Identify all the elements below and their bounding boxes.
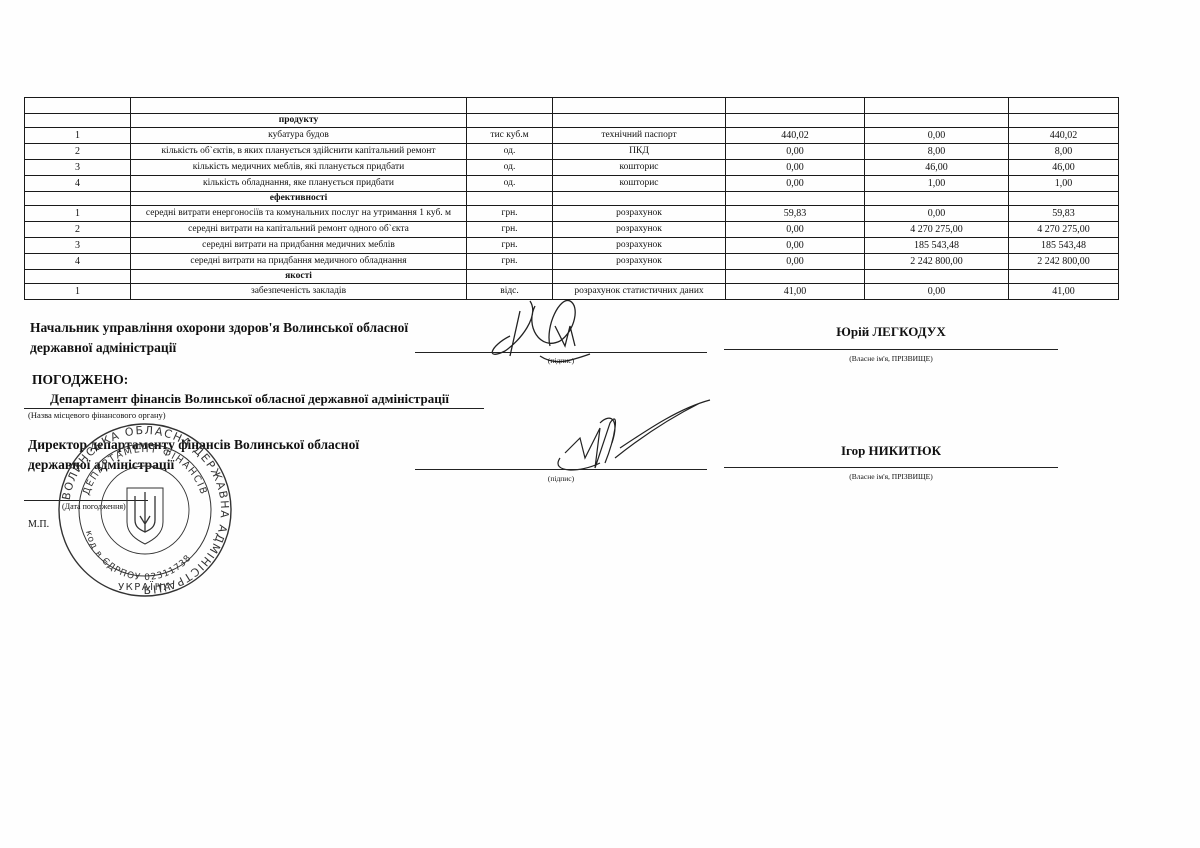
row-number: 4 (25, 176, 131, 192)
table-row: 4кількість обладнання, яке планується пр… (25, 176, 1119, 192)
section-empty-cell (865, 192, 1009, 206)
source: розрахунок (553, 238, 726, 254)
table-row: 3кількість медичних меблів, які плануєть… (25, 160, 1119, 176)
section-empty-cell (1009, 114, 1119, 128)
header-cell (25, 98, 131, 114)
section-empty-cell (726, 192, 865, 206)
header-cell (467, 98, 553, 114)
header-cell (726, 98, 865, 114)
table-row: 4середні витрати на придбання медичного … (25, 254, 1119, 270)
stamp-code-text: код в ЄДРПОУ 02311738 (83, 530, 194, 584)
section-empty-cell (1009, 270, 1119, 284)
director-signature-caption: (підпис) (415, 474, 707, 483)
row-number: 1 (25, 284, 131, 300)
indicator-name: кількість обладнання, яке планується при… (131, 176, 467, 192)
value-general-fund: 0,00 (726, 144, 865, 160)
header-cell (1009, 98, 1119, 114)
section-empty-cell (467, 270, 553, 284)
value-total: 4 270 275,00 (1009, 222, 1119, 238)
indicator-name: середні витрати на придбання медичних ме… (131, 238, 467, 254)
value-general-fund: 59,83 (726, 206, 865, 222)
finance-department-caption: (Назва місцевого фінансового органу) (28, 410, 166, 420)
section-empty-cell (726, 114, 865, 128)
section-empty-cell (467, 114, 553, 128)
value-total: 2 242 800,00 (1009, 254, 1119, 270)
finance-department-line (24, 408, 484, 409)
indicator-name: середні витрати енергоносіїв та комуналь… (131, 206, 467, 222)
section-empty-cell (467, 192, 553, 206)
director-name: Ігор НИКИТЮК (724, 443, 1058, 459)
value-general-fund: 0,00 (726, 176, 865, 192)
director-name-caption: (Власне ім'я, ПРІЗВИЩЕ) (724, 472, 1058, 481)
section-empty-cell (865, 114, 1009, 128)
row-number: 3 (25, 160, 131, 176)
director-name-line (724, 467, 1058, 468)
value-special-fund: 0,00 (865, 206, 1009, 222)
value-total: 59,83 (1009, 206, 1119, 222)
value-total: 41,00 (1009, 284, 1119, 300)
source: ПКД (553, 144, 726, 160)
source: розрахунок (553, 222, 726, 238)
value-general-fund: 0,00 (726, 254, 865, 270)
row-number: 2 (25, 144, 131, 160)
table-row: 1середні витрати енергоносіїв та комунал… (25, 206, 1119, 222)
section-empty-cell (1009, 192, 1119, 206)
section-title: якості (131, 270, 467, 284)
row-number: 1 (25, 128, 131, 144)
section-row: якості (25, 270, 1119, 284)
director-signature-icon (540, 398, 720, 478)
value-general-fund: 0,00 (726, 160, 865, 176)
section-empty-cell (25, 114, 131, 128)
finance-department: Департамент фінансів Волинської обласної… (50, 389, 449, 409)
unit: од. (467, 160, 553, 176)
value-total: 46,00 (1009, 160, 1119, 176)
value-total: 8,00 (1009, 144, 1119, 160)
seal-label: М.П. (28, 519, 49, 530)
head-position-line1: Начальник управління охорони здоров'я Во… (30, 318, 408, 338)
value-total: 1,00 (1009, 176, 1119, 192)
head-name-line (724, 349, 1058, 350)
section-empty-cell (865, 270, 1009, 284)
section-empty-cell (553, 192, 726, 206)
table-row: 2середні витрати на капітальний ремонт о… (25, 222, 1119, 238)
row-number: 1 (25, 206, 131, 222)
svg-text:код в ЄДРПОУ 02311738: код в ЄДРПОУ 02311738 (83, 530, 194, 584)
section-empty-cell (25, 192, 131, 206)
indicator-name: середні витрати на придбання медичного о… (131, 254, 467, 270)
section-title: продукту (131, 114, 467, 128)
indicator-name: забезпеченість закладів (131, 284, 467, 300)
value-total: 185 543,48 (1009, 238, 1119, 254)
section-empty-cell (726, 270, 865, 284)
section-title: ефективності (131, 192, 467, 206)
section-empty-cell (553, 114, 726, 128)
value-special-fund: 1,00 (865, 176, 1009, 192)
value-special-fund: 185 543,48 (865, 238, 1009, 254)
head-position-line2: державної адміністрації (30, 338, 408, 358)
table-row: 1кубатура будовтис куб.мтехнічний паспор… (25, 128, 1119, 144)
unit: грн. (467, 254, 553, 270)
unit: од. (467, 176, 553, 192)
section-empty-cell (25, 270, 131, 284)
head-name: Юрій ЛЕГКОДУХ (724, 324, 1058, 340)
indicators-table: продукту1кубатура будовтис куб.мтехнічни… (24, 97, 1119, 300)
section-row: ефективності (25, 192, 1119, 206)
table-row: 2кількість об`єктів, в яких планується з… (25, 144, 1119, 160)
value-special-fund: 8,00 (865, 144, 1009, 160)
approved-label: ПОГОДЖЕНО: (32, 370, 128, 390)
value-general-fund: 41,00 (726, 284, 865, 300)
value-special-fund: 4 270 275,00 (865, 222, 1009, 238)
source: розрахунок (553, 206, 726, 222)
head-signature-caption: (підпис) (415, 356, 707, 365)
header-cell (131, 98, 467, 114)
section-row: продукту (25, 114, 1119, 128)
source: розрахунок (553, 254, 726, 270)
head-position: Начальник управління охорони здоров'я Во… (30, 318, 408, 358)
value-special-fund: 46,00 (865, 160, 1009, 176)
value-general-fund: 0,00 (726, 238, 865, 254)
stamp-country: УКРАЇНА (118, 580, 172, 593)
indicator-name: середні витрати на капітальний ремонт од… (131, 222, 467, 238)
value-general-fund: 0,00 (726, 222, 865, 238)
value-special-fund: 2 242 800,00 (865, 254, 1009, 270)
indicator-name: кількість об`єктів, в яких планується зд… (131, 144, 467, 160)
table-row: 3середні витрати на придбання медичних м… (25, 238, 1119, 254)
unit: грн. (467, 222, 553, 238)
row-number: 3 (25, 238, 131, 254)
section-empty-cell (553, 270, 726, 284)
value-total: 440,02 (1009, 128, 1119, 144)
table-header-row (25, 98, 1119, 114)
source: технічний паспорт (553, 128, 726, 144)
source: кошторис (553, 176, 726, 192)
unit: грн. (467, 238, 553, 254)
head-signature-line (415, 352, 707, 353)
row-number: 2 (25, 222, 131, 238)
indicator-name: кубатура будов (131, 128, 467, 144)
value-special-fund: 0,00 (865, 284, 1009, 300)
source: кошторис (553, 160, 726, 176)
official-stamp-icon: ВОЛИНСЬКА ОБЛАСНА ДЕРЖАВНА АДМІНІСТРАЦІЯ… (55, 420, 235, 600)
header-cell (865, 98, 1009, 114)
director-signature-line (415, 469, 707, 470)
document-page: продукту1кубатура будовтис куб.мтехнічни… (0, 0, 1200, 848)
unit: грн. (467, 206, 553, 222)
indicator-name: кількість медичних меблів, які плануєтьс… (131, 160, 467, 176)
row-number: 4 (25, 254, 131, 270)
head-name-caption: (Власне ім'я, ПРІЗВИЩЕ) (724, 354, 1058, 363)
unit: тис куб.м (467, 128, 553, 144)
value-special-fund: 0,00 (865, 128, 1009, 144)
unit: од. (467, 144, 553, 160)
indicators-table-body: продукту1кубатура будовтис куб.мтехнічни… (25, 98, 1119, 300)
value-general-fund: 440,02 (726, 128, 865, 144)
header-cell (553, 98, 726, 114)
